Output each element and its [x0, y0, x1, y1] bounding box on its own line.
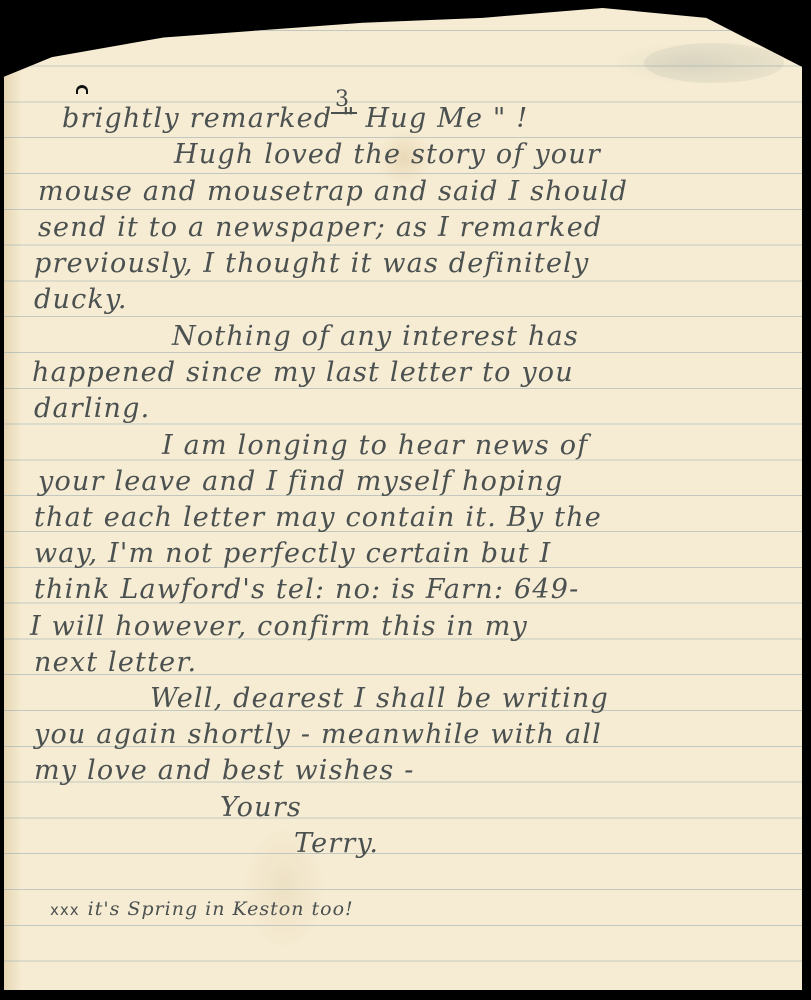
- letter-signature: Terry.: [294, 829, 379, 859]
- letter-line: mouse and mousetrap and said I should: [38, 177, 628, 207]
- postscript: xxxit's Spring in Keston too!: [50, 897, 354, 922]
- letter-line: darling.: [34, 394, 150, 424]
- postscript-text: it's Spring in Keston too!: [88, 898, 354, 920]
- letter-line: ducky.: [34, 285, 128, 315]
- letter-line: think Lawford's tel: no: is Farn: 649-: [34, 575, 579, 605]
- letter-line: Nothing of any interest has: [172, 322, 579, 352]
- letter-line: I am longing to hear news of: [162, 431, 588, 461]
- letter-line: you again shortly - meanwhile with all: [34, 720, 602, 750]
- letter-line: my love and best wishes -: [34, 756, 415, 786]
- postscript-kisses: xxx: [50, 901, 80, 919]
- letter-line: that each letter may contain it. By the: [34, 503, 602, 533]
- letter-line: Well, dearest I shall be writing: [150, 684, 609, 714]
- letter-line: next letter.: [34, 648, 197, 678]
- letter-line: way, I'm not perfectly certain but I: [34, 539, 552, 569]
- letter-closing: Yours: [220, 793, 302, 823]
- letter-line: previously, I thought it was definitely: [34, 249, 589, 279]
- paper-stain: [644, 43, 784, 83]
- letter-line: send it to a newspaper; as I remarked: [38, 213, 602, 243]
- letter-line: Hugh loved the story of your: [174, 140, 601, 170]
- ink-mark: [76, 85, 88, 94]
- letter-page: 3 brightly remarked " Hug Me " ! Hugh lo…: [4, 8, 802, 990]
- letter-line: your leave and I find myself hoping: [38, 467, 564, 497]
- letter-line: brightly remarked " Hug Me " !: [62, 104, 528, 134]
- letter-line: I will however, confirm this in my: [30, 612, 528, 642]
- letter-line: happened since my last letter to you: [32, 358, 574, 388]
